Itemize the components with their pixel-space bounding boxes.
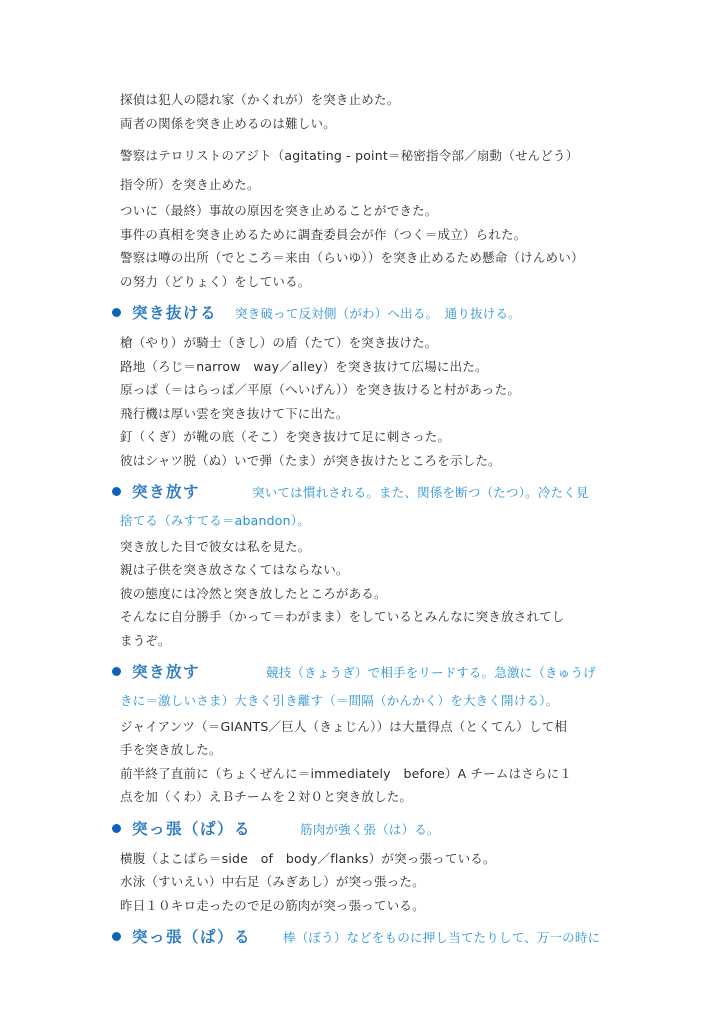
entry-definition: 突き破って反対側（がわ）へ出る。 通り抜ける。 <box>235 306 521 321</box>
entry-first-line: 突っ張（ぱ）る棒（ぼう）などをものに押し当てたりして、万一の時に <box>120 922 668 953</box>
example-paragraph: 横腹（よこばら＝side of body／flanks）が突っ張っている。水泳（… <box>120 847 668 918</box>
text-line: 指令所）を突き止めた。 <box>120 170 668 199</box>
text-line: 点を加（くわ）えＢチームを２対０と突き放した。 <box>120 785 668 809</box>
example-paragraph: 槍（やり）が騎士（きし）の盾（たて）を突き抜けた。路地（ろじ＝narrow wa… <box>120 331 668 472</box>
dictionary-entry: 突き抜ける突き破って反対側（がわ）へ出る。 通り抜ける。 <box>120 298 668 329</box>
entry-first-line: 突き放す突いては慣れされる。また、関係を断つ（たつ）。冷たく見 <box>120 477 668 508</box>
dictionary-entry: 突き放す競技（きょうぎ）で相手をリードする。急激に（きゅうげきに＝激しいさま）大… <box>120 657 668 713</box>
text-line: 警察はテロリストのアジト（agitating - point＝秘密指令部／扇動（… <box>120 141 668 170</box>
text-line: 飛行機は厚い雲を突き抜けて下に出た。 <box>120 402 668 426</box>
text-line: 昨日１０キロ走ったので足の筋肉が突っ張っている。 <box>120 894 668 918</box>
text-line: 手を突き放した。 <box>120 738 668 762</box>
text-line: 突き放した目で彼女は私を見た。 <box>120 535 668 559</box>
entry-headword: 突っ張（ぱ）る <box>132 820 251 838</box>
entry-definition-continued: 捨てる（みすてる＝abandon）。 <box>120 509 668 533</box>
dictionary-entry: 突っ張（ぱ）る筋肉が強く張（は）る。 <box>120 814 668 845</box>
bullet-icon <box>112 932 121 941</box>
document-page: 探偵は犯人の隠れ家（かくれが）を突き止めた。両者の関係を突き止めるのは難しい。警… <box>0 0 724 1023</box>
text-line: 路地（ろじ＝narrow way／alley）を突き抜けて広場に出た。 <box>120 355 668 379</box>
text-line: 両者の関係を突き止めるのは難しい。 <box>120 112 668 136</box>
bullet-icon <box>112 667 121 676</box>
text-line: ついに（最終）事故の原因を突き止めることができた。 <box>120 199 668 223</box>
example-paragraph: ついに（最終）事故の原因を突き止めることができた。事件の真相を突き止めるために調… <box>120 199 668 293</box>
text-line: 探偵は犯人の隠れ家（かくれが）を突き止めた。 <box>120 88 668 112</box>
text-line: 警察は噂の出所（でところ＝来由（らいゆ））を突き止めるため懸命（けんめい） <box>120 246 668 270</box>
text-line: 親は子供を突き放さなくてはならない。 <box>120 558 668 582</box>
entry-headword: 突き放す <box>132 663 200 681</box>
entry-headword: 突っ張（ぱ）る <box>132 928 251 946</box>
bullet-icon <box>112 308 121 317</box>
bullet-icon <box>112 824 121 833</box>
entry-definition: 突いては慣れされる。また、関係を断つ（たつ）。冷たく見 <box>252 485 589 500</box>
text-line: の努力（どりょく）をしている。 <box>120 270 668 294</box>
entry-first-line: 突っ張（ぱ）る筋肉が強く張（は）る。 <box>120 814 668 845</box>
example-paragraph: 探偵は犯人の隠れ家（かくれが）を突き止めた。両者の関係を突き止めるのは難しい。 <box>120 88 668 135</box>
example-paragraph: 突き放した目で彼女は私を見た。親は子供を突き放さなくてはならない。彼の態度には冷… <box>120 535 668 653</box>
entry-definition: 棒（ぼう）などをものに押し当てたりして、万一の時に <box>283 930 600 945</box>
text-line: 前半終了直前に（ちょくぜんに＝immediately before）A チームは… <box>120 762 668 786</box>
text-line: 水泳（すいえい）中右足（みぎあし）が突っ張った。 <box>120 870 668 894</box>
entry-headword: 突き抜ける <box>132 304 217 322</box>
entry-definition: 競技（きょうぎ）で相手をリードする。急激に（きゅうげ <box>266 665 596 680</box>
example-paragraph: ジャイアンツ（＝GIANTS／巨人（きょじん））は大量得点（とくてん）して相手を… <box>120 715 668 809</box>
entry-first-line: 突き放す競技（きょうぎ）で相手をリードする。急激に（きゅうげ <box>120 657 668 688</box>
text-line: そんなに自分勝手（かって＝わがまま）をしているとみんなに突き放されてし <box>120 605 668 629</box>
dictionary-entry: 突き放す突いては慣れされる。また、関係を断つ（たつ）。冷たく見捨てる（みすてる＝… <box>120 477 668 533</box>
text-line: 彼の態度には冷然と突き放したところがある。 <box>120 582 668 606</box>
text-line: まうぞ。 <box>120 629 668 653</box>
entry-headword: 突き放す <box>132 483 200 501</box>
text-line: 槍（やり）が騎士（きし）の盾（たて）を突き抜けた。 <box>120 331 668 355</box>
text-line: 事件の真相を突き止めるために調査委員会が作（つく＝成立）られた。 <box>120 223 668 247</box>
text-line: 釘（くぎ）が靴の底（そこ）を突き抜けて足に刺さった。 <box>120 425 668 449</box>
entry-definition-continued: きに＝激しいさま）大きく引き離す（＝間隔（かんかく）を大きく開ける）。 <box>120 689 668 713</box>
example-paragraph: 警察はテロリストのアジト（agitating - point＝秘密指令部／扇動（… <box>120 141 668 199</box>
entry-first-line: 突き抜ける突き破って反対側（がわ）へ出る。 通り抜ける。 <box>120 298 668 329</box>
text-line: 彼はシャツ脱（ぬ）いで弾（たま）が突き抜けたところを示した。 <box>120 449 668 473</box>
text-line: 横腹（よこばら＝side of body／flanks）が突っ張っている。 <box>120 847 668 871</box>
bullet-icon <box>112 487 121 496</box>
text-line: ジャイアンツ（＝GIANTS／巨人（きょじん））は大量得点（とくてん）して相 <box>120 715 668 739</box>
dictionary-entry: 突っ張（ぱ）る棒（ぼう）などをものに押し当てたりして、万一の時に <box>120 922 668 953</box>
text-line: 原っぱ（＝はらっぱ／平原（へいげん））を突き抜けると村があった。 <box>120 378 668 402</box>
entry-definition: 筋肉が強く張（は）る。 <box>300 822 440 837</box>
